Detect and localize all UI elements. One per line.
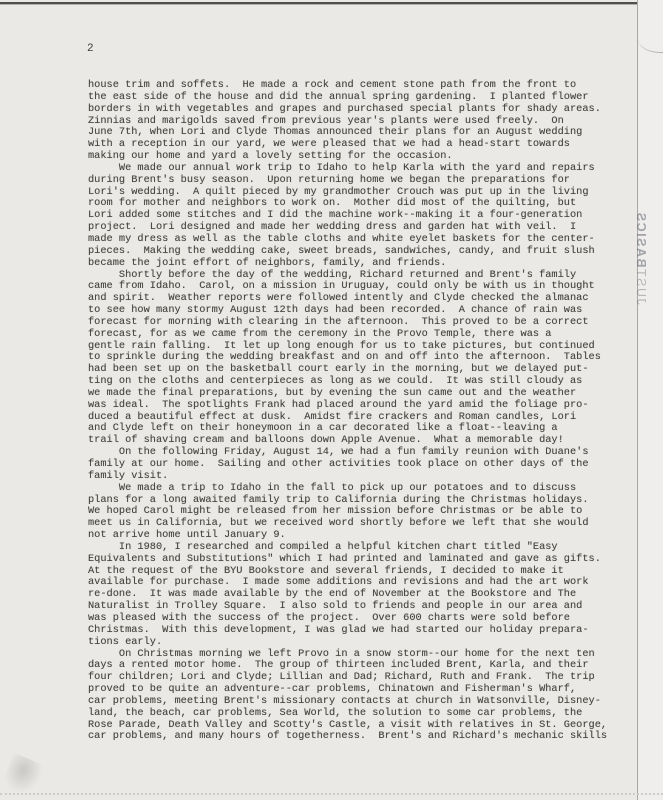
paragraph: On Christmas morning we left Provo in a …: [88, 649, 616, 744]
page-number: 2: [87, 43, 94, 55]
paragraph: Shortly before the day of the wedding, R…: [88, 270, 616, 448]
paragraph: In 1980, I researched and compiled a hel…: [88, 542, 616, 649]
paragraph: We made our annual work trip to Idaho to…: [88, 163, 616, 270]
paragraph: house trim and soffets. He made a rock a…: [88, 80, 616, 163]
edge-stamp-light-part: JUST: [634, 267, 648, 304]
bottom-perforation-line: [0, 793, 663, 795]
paragraph: We made a trip to Idaho in the fall to p…: [88, 483, 616, 542]
scanned-page: 2 house trim and soffets. He made a rock…: [0, 0, 663, 800]
scan-top-edge-line: [0, 2, 648, 4]
edge-stamp-bold-part: BASICS: [634, 211, 648, 267]
paragraph: On the following Friday, August 14, we h…: [88, 447, 616, 483]
page-right-edge-strip: [637, 0, 663, 800]
document-text: house trim and soffets. He made a rock a…: [88, 80, 616, 743]
page-curl-fold: [638, 0, 663, 53]
edge-stamp-bleedthrough: JUSTBASICS: [634, 211, 648, 304]
